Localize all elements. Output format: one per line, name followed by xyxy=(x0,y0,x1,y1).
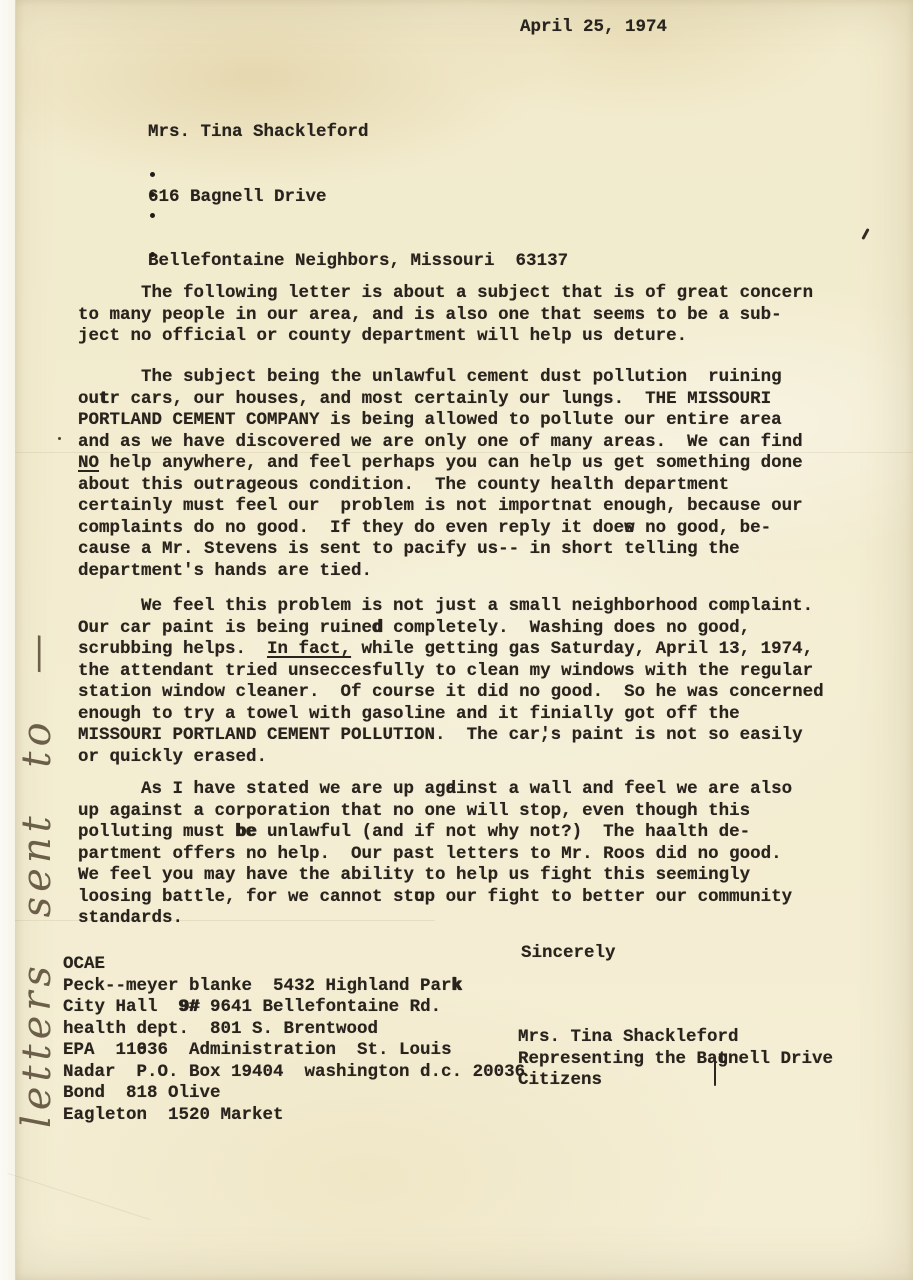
typed-dot xyxy=(150,213,155,218)
fold-crease xyxy=(8,1173,151,1220)
recipient-city: Bellefontaine Neighbors, Missouri 63137 xyxy=(148,251,568,273)
typed-dot xyxy=(150,252,155,257)
ink-speck-left xyxy=(58,437,61,440)
letter-date: April 25, 1974 xyxy=(520,17,667,39)
cc-recipient-list: OCAEPeck--meyer blanke 5432 Highland Par… xyxy=(63,954,525,1126)
ink-speck-right xyxy=(861,228,869,240)
recipient-address: Mrs. Tina Shackleford 616 Bagnell Drive … xyxy=(148,79,568,316)
letter-paragraph-2: The subject being the unlawful cement du… xyxy=(78,367,803,582)
signature-block: Mrs. Tina ShacklefordRepresenting the Ba… xyxy=(518,1027,833,1092)
letter-paragraph-3: We feel this problem is not just a small… xyxy=(78,596,824,768)
pen-stroke-mark xyxy=(714,1056,716,1086)
recipient-street: 616 Bagnell Drive xyxy=(148,187,568,209)
letter-paper: April 25, 1974 Mrs. Tina Shackleford 616… xyxy=(0,0,913,1280)
closing-sincerely: Sincerely xyxy=(521,943,616,965)
typed-dot xyxy=(150,192,155,197)
recipient-name: Mrs. Tina Shackleford xyxy=(148,122,568,144)
letter-paragraph-1: The following letter is about a subject … xyxy=(78,283,813,348)
letter-paragraph-4: As I have stated we are up agadinst a wa… xyxy=(78,779,792,930)
typed-dot xyxy=(150,172,155,177)
typed-dots xyxy=(150,172,156,262)
